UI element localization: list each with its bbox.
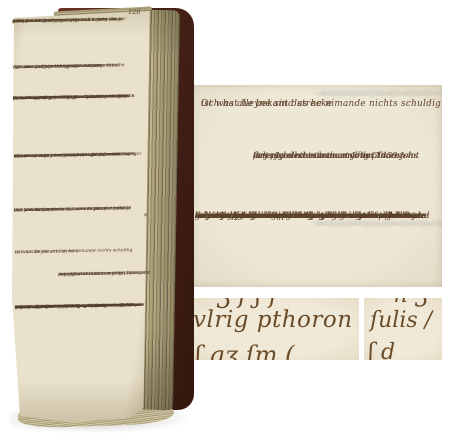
manuscript-book-photo: 126 Anno dni 1459 fer iiij ante festu Vi… [8, 6, 196, 430]
page-paragraph-4: wil desser sunes in stawer hat sich sie … [14, 152, 147, 155]
folio-number: 126 [128, 9, 141, 16]
page-paragraph-1: Anno dni 1459 fer iiij ante festu Viti J… [12, 17, 143, 20]
page-text-layer: 126 Anno dni 1459 fer iiij ante festu Vi… [6, 7, 156, 424]
page-paragraph-item-1459: Itm p gedecta iuste anno dni 1459 Johsfl… [58, 271, 150, 273]
page-paragraph-3: Dornoch gerde her stete gnand Oppicz und… [13, 94, 146, 97]
name-left-bottom-partial: ʃ gʒ ſm ( [195, 341, 294, 360]
detail-paragraph-in-primis: In prima genst et Barbd vxor sua ad stat… [195, 209, 441, 287]
detail-crop-name-sulis: h ʒ ſulis / ʃ d [364, 298, 442, 360]
page-paragraph-in-primis: In prima genst et Barbd vxor sua ad stat… [15, 303, 153, 390]
detail-crop-text-passage: mur ammsne vnd gesche bin derstende alse… [191, 85, 442, 287]
margin-x-mark: × [143, 213, 148, 219]
page-paragraph-confession: Och hat he bekant das he nimande nichts … [15, 248, 149, 251]
in-primis-rest-lines: wonet uns andirn gehalt den gelt das bes… [15, 303, 151, 306]
name-sulis: ſulis / [370, 308, 432, 333]
page-paragraph-5: Och was he ym hande hat vorscheydend in … [14, 206, 148, 209]
name-right-bottom-partial: ʃ d [368, 340, 395, 360]
detail-crop-name-vlrig-pthoron: ʒ ſ ʃ ſ vlrig pthoron ʃ gʒ ſm ( [189, 298, 359, 360]
manuscript-composite-photo: 126 Anno dni 1459 fer iiij ante festu Vi… [0, 0, 450, 434]
page-paragraph-2: Item dessin hat her begkante der junge S… [13, 63, 144, 66]
name-right-top-partial: h ʒ [394, 298, 428, 308]
name-vlrig-pthoron: vlrig pthoron [193, 307, 353, 333]
